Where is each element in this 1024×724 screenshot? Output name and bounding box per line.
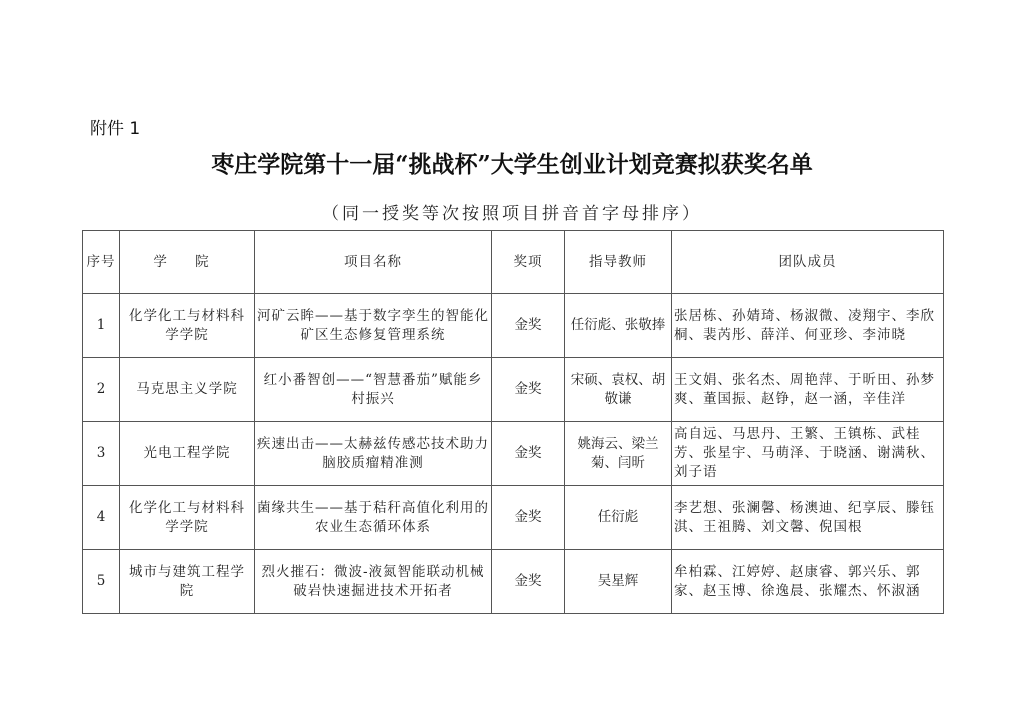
document-subtitle: （同一授奖等次按照项目拼音首字母排序） (0, 199, 1024, 224)
header-no: 序号 (83, 231, 120, 294)
cell-members: 王文娟、张名杰、周艳萍、于昕田、孙梦爽、董国振、赵铮，赵一涵，辛佳洋 (672, 358, 944, 422)
cell-college: 光电工程学院 (120, 422, 255, 486)
cell-advisors: 姚海云、梁兰菊、闫昕 (565, 422, 672, 486)
cell-no: 2 (83, 358, 120, 422)
cell-no: 5 (83, 550, 120, 614)
cell-project: 红小番智创——“智慧番茄”赋能乡村振兴 (255, 358, 492, 422)
award-table: 序号 学 院 项目名称 奖项 指导教师 团队成员 1 化学化工与材料科学学院 河… (82, 230, 944, 614)
cell-project: 烈火摧石：微波-液氮智能联动机械破岩快速掘进技术开拓者 (255, 550, 492, 614)
cell-college: 化学化工与材料科学学院 (120, 486, 255, 550)
cell-college: 马克思主义学院 (120, 358, 255, 422)
cell-advisors: 任衍彪 (565, 486, 672, 550)
cell-members: 高自远、马思丹、王繁、王镇栋、武桂芳、张星宇、马萌泽、于晓涵、谢满秋、刘子语 (672, 422, 944, 486)
table-row: 2 马克思主义学院 红小番智创——“智慧番茄”赋能乡村振兴 金奖 宋硕、袁权、胡… (83, 358, 944, 422)
cell-award: 金奖 (492, 486, 565, 550)
document-title: 枣庄学院第十一届“挑战杯”大学生创业计划竞赛拟获奖名单 (0, 146, 1024, 179)
header-award: 奖项 (492, 231, 565, 294)
header-members: 团队成员 (672, 231, 944, 294)
cell-members: 张居栋、孙婧琦、杨淑微、凌翔宇、李欣桐、裴芮彤、薛洋、何亚珍、李沛晓 (672, 294, 944, 358)
cell-members: 李艺想、张澜馨、杨澳迪、纪享辰、滕钰淇、王祖腾、刘文馨、倪国根 (672, 486, 944, 550)
header-college: 学 院 (120, 231, 255, 294)
cell-project: 河矿云眸——基于数字孪生的智能化矿区生态修复管理系统 (255, 294, 492, 358)
cell-members: 牟柏霖、江婷婷、赵康睿、郭兴乐、郭家、赵玉博、徐逸晨、张耀杰、怀淑涵 (672, 550, 944, 614)
cell-award: 金奖 (492, 358, 565, 422)
table-row: 3 光电工程学院 疾速出击——太赫兹传感芯技术助力脑胶质瘤精准测 金奖 姚海云、… (83, 422, 944, 486)
cell-award: 金奖 (492, 294, 565, 358)
cell-award: 金奖 (492, 550, 565, 614)
cell-no: 4 (83, 486, 120, 550)
attachment-label: 附件 1 (90, 114, 140, 139)
cell-college: 城市与建筑工程学院 (120, 550, 255, 614)
cell-no: 3 (83, 422, 120, 486)
cell-advisors: 吴星辉 (565, 550, 672, 614)
cell-project: 菌缘共生——基于秸秆高值化利用的农业生态循环体系 (255, 486, 492, 550)
table-row: 5 城市与建筑工程学院 烈火摧石：微波-液氮智能联动机械破岩快速掘进技术开拓者 … (83, 550, 944, 614)
header-advisors: 指导教师 (565, 231, 672, 294)
cell-award: 金奖 (492, 422, 565, 486)
cell-no: 1 (83, 294, 120, 358)
header-project: 项目名称 (255, 231, 492, 294)
table-row: 1 化学化工与材料科学学院 河矿云眸——基于数字孪生的智能化矿区生态修复管理系统… (83, 294, 944, 358)
cell-college: 化学化工与材料科学学院 (120, 294, 255, 358)
cell-project: 疾速出击——太赫兹传感芯技术助力脑胶质瘤精准测 (255, 422, 492, 486)
table-header-row: 序号 学 院 项目名称 奖项 指导教师 团队成员 (83, 231, 944, 294)
cell-advisors: 任衍彪、张敬捧 (565, 294, 672, 358)
cell-advisors: 宋硕、袁权、胡敬谦 (565, 358, 672, 422)
table-row: 4 化学化工与材料科学学院 菌缘共生——基于秸秆高值化利用的农业生态循环体系 金… (83, 486, 944, 550)
